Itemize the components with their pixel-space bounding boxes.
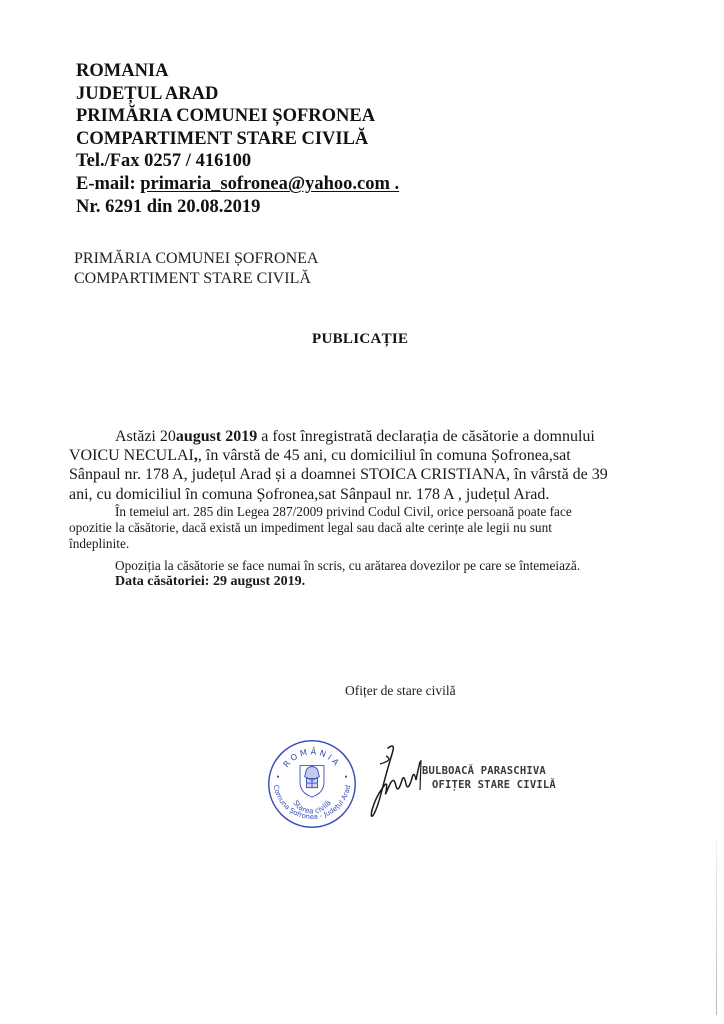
handwritten-signature bbox=[366, 740, 422, 822]
civil-registry-stamp: ROMÂNIA Comuna Șofronea - Județul Arad S… bbox=[266, 738, 358, 830]
scan-artifact-line bbox=[716, 840, 717, 1015]
header-country: ROMANIA bbox=[76, 60, 399, 83]
groom-name: VOICU NECULAI bbox=[69, 447, 194, 464]
officer-signature-name: BULBOACĂ PARASCHIVA OFIȚER STARE CIVILĂ bbox=[422, 764, 556, 792]
header-city-hall: PRIMĂRIA COMUNEI ȘOFRONEA bbox=[76, 105, 399, 128]
publication-body: Astăzi 20august 2019 a fost înregistrată… bbox=[69, 427, 629, 590]
document-title: PUBLICAȚIE bbox=[312, 331, 408, 348]
legal-basis-paragraph: În temeiul art. 285 din Legea 287/2009 p… bbox=[69, 504, 629, 553]
header-department: COMPARTIMENT STARE CIVILĂ bbox=[76, 128, 399, 151]
officer-label: Ofițer de stare civilă bbox=[345, 683, 456, 699]
header-email-row: E-mail: primaria_sofronea@yahoo.com . bbox=[76, 173, 399, 196]
address-block: PRIMĂRIA COMUNEI ȘOFRONEA COMPARTIMENT S… bbox=[74, 249, 318, 289]
bride-name: Sânpaul nr. 178 A, județul Arad și a doa… bbox=[69, 466, 506, 483]
declaration-date: august 2019 bbox=[176, 428, 257, 445]
email-label: E-mail: bbox=[76, 174, 140, 194]
header-reference-number: Nr. 6291 din 20.08.2019 bbox=[76, 196, 399, 219]
officer-name: BULBOACĂ PARASCHIVA bbox=[422, 764, 556, 778]
issuer-header: ROMANIA JUDEȚUL ARAD PRIMĂRIA COMUNEI ȘO… bbox=[76, 60, 399, 218]
officer-role: OFIȚER STARE CIVILĂ bbox=[422, 778, 556, 792]
header-county: JUDEȚUL ARAD bbox=[76, 83, 399, 106]
address-line: PRIMĂRIA COMUNEI ȘOFRONEA bbox=[74, 249, 318, 269]
declaration-paragraph: Astăzi 20august 2019 a fost înregistrată… bbox=[69, 427, 629, 504]
header-phone: Tel./Fax 0257 / 416100 bbox=[76, 150, 399, 173]
opposition-paragraph: Opoziția la căsătorie se face numai în s… bbox=[69, 558, 629, 590]
coat-of-arms-icon bbox=[300, 766, 324, 797]
marriage-date: Data căsătoriei: 29 august 2019. bbox=[115, 574, 629, 590]
address-line: COMPARTIMENT STARE CIVILĂ bbox=[74, 269, 318, 289]
email-link[interactable]: primaria_sofronea@yahoo.com . bbox=[140, 174, 399, 194]
